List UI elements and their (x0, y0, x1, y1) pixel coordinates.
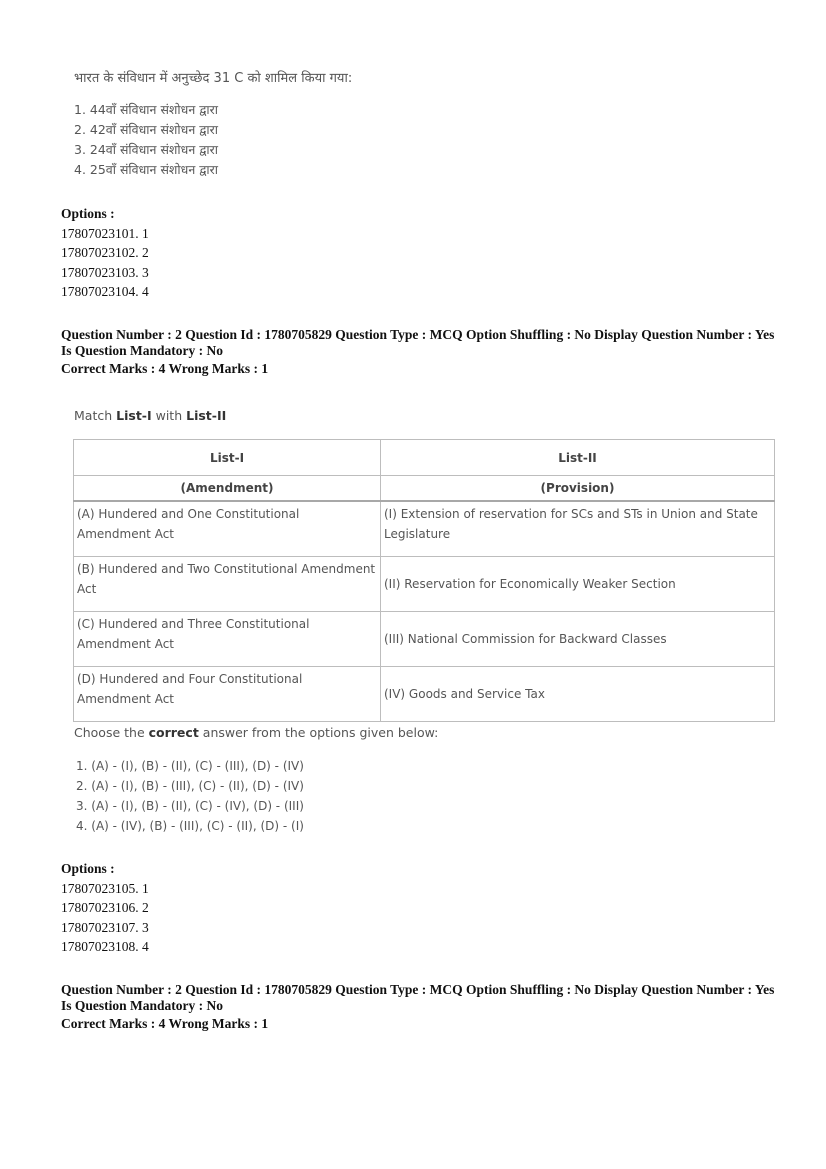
meta-line-2: Is Question Mandatory : No (61, 343, 774, 359)
table-row: (B) Hundered and Two Constitutional Amen… (74, 557, 775, 612)
question-meta-1: Question Number : 2 Question Id : 178070… (61, 327, 774, 377)
options-label: Options : (61, 204, 149, 224)
options-label: Options : (61, 859, 149, 879)
option-item: 17807023106. 2 (61, 898, 149, 918)
title-list1: List-I (116, 408, 152, 423)
option-item: 17807023102. 2 (61, 243, 149, 263)
cell-provision: (I) Extension of reservation for SCs and… (381, 501, 775, 557)
choose-bold: correct (149, 725, 199, 740)
cell-provision: (IV) Goods and Service Tax (381, 667, 775, 722)
choice-item: 2. 42वाँ संविधान संशोधन द्वारा (74, 120, 218, 140)
cell-provision: (II) Reservation for Economically Weaker… (381, 557, 775, 612)
question-1-stem: भारत के संविधान में अनुच्छेद 31 C को शाम… (74, 68, 352, 86)
choose-suffix: answer from the options given below: (199, 725, 439, 740)
choice-item: 1. (A) - (I), (B) - (II), (C) - (III), (… (76, 756, 304, 776)
cell-provision: (III) National Commission for Backward C… (381, 612, 775, 667)
cell-amendment: (D) Hundered and Four Constitutional Ame… (74, 667, 381, 722)
choice-item: 4. (A) - (IV), (B) - (III), (C) - (II), … (76, 816, 304, 836)
title-mid: with (152, 408, 186, 423)
meta-line-3: Correct Marks : 4 Wrong Marks : 1 (61, 361, 774, 377)
choice-item: 2. (A) - (I), (B) - (III), (C) - (II), (… (76, 776, 304, 796)
option-item: 17807023104. 4 (61, 282, 149, 302)
choose-prefix: Choose the (74, 725, 149, 740)
meta-line-1: Question Number : 2 Question Id : 178070… (61, 982, 774, 998)
question-1-choices: 1. 44वाँ संविधान संशोधन द्वारा 2. 42वाँ … (74, 100, 218, 180)
choose-instruction: Choose the correct answer from the optio… (74, 725, 438, 740)
header-list1: List-I (74, 440, 381, 476)
meta-line-1: Question Number : 2 Question Id : 178070… (61, 327, 774, 343)
question-2-title: Match List-I with List-II (74, 408, 226, 423)
question-meta-2: Question Number : 2 Question Id : 178070… (61, 982, 774, 1032)
table-row: (A) Hundered and One Constitutional Amen… (74, 501, 775, 557)
subheader-provision: (Provision) (381, 476, 775, 502)
table-row: (D) Hundered and Four Constitutional Ame… (74, 667, 775, 722)
choice-item: 1. 44वाँ संविधान संशोधन द्वारा (74, 100, 218, 120)
option-item: 17807023107. 3 (61, 918, 149, 938)
option-item: 17807023103. 3 (61, 263, 149, 283)
meta-line-3: Correct Marks : 4 Wrong Marks : 1 (61, 1016, 774, 1032)
option-item: 17807023105. 1 (61, 879, 149, 899)
meta-line-2: Is Question Mandatory : No (61, 998, 774, 1014)
title-prefix: Match (74, 408, 116, 423)
subheader-amendment: (Amendment) (74, 476, 381, 502)
cell-amendment: (B) Hundered and Two Constitutional Amen… (74, 557, 381, 612)
header-list2: List-II (381, 440, 775, 476)
question-2-choices: 1. (A) - (I), (B) - (II), (C) - (III), (… (76, 756, 304, 836)
option-item: 17807023108. 4 (61, 937, 149, 957)
cell-amendment: (A) Hundered and One Constitutional Amen… (74, 501, 381, 557)
option-item: 17807023101. 1 (61, 224, 149, 244)
title-list2: List-II (186, 408, 226, 423)
match-table: List-I List-II (Amendment) (Provision) (… (73, 439, 775, 722)
choice-item: 4. 25वाँ संविधान संशोधन द्वारा (74, 160, 218, 180)
cell-amendment: (C) Hundered and Three Constitutional Am… (74, 612, 381, 667)
choice-item: 3. 24वाँ संविधान संशोधन द्वारा (74, 140, 218, 160)
question-1-options: Options : 17807023101. 1 17807023102. 2 … (61, 204, 149, 302)
table-row: (C) Hundered and Three Constitutional Am… (74, 612, 775, 667)
choice-item: 3. (A) - (I), (B) - (II), (C) - (IV), (D… (76, 796, 304, 816)
question-2-options: Options : 17807023105. 1 17807023106. 2 … (61, 859, 149, 957)
